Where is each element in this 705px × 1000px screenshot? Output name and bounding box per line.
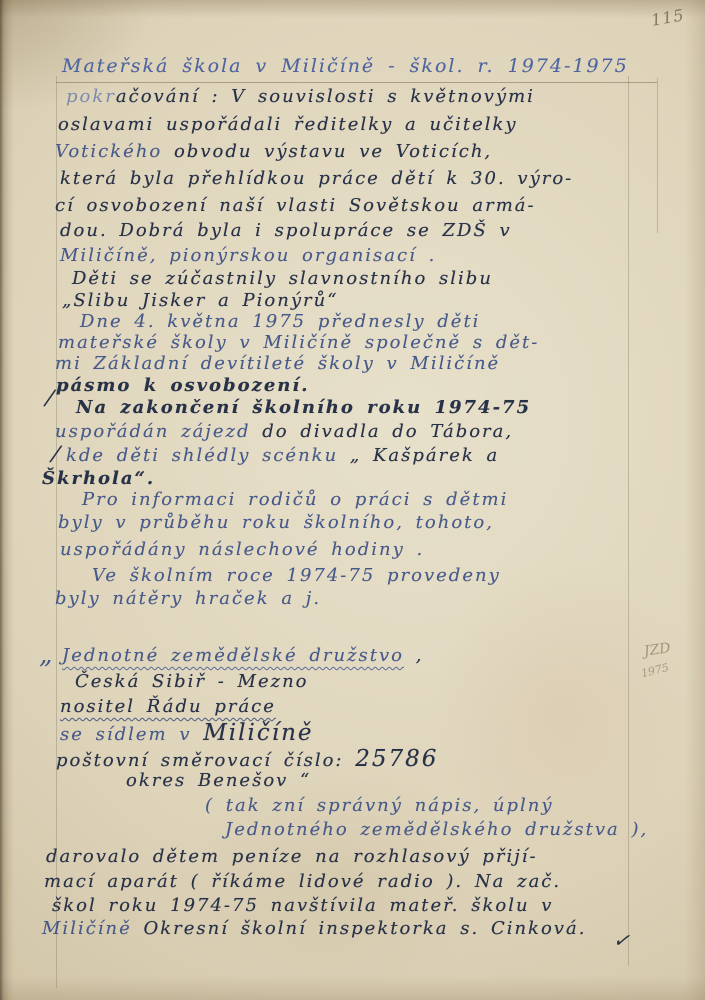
handwritten-line: mateřské školy v Miličíně společně s dět… [58,334,539,352]
handwritten-segment: Dne 4. května 1975 přednesly děti [80,311,480,332]
handwritten-segment: mateřské školy v Miličíně společně s dět… [58,332,539,353]
handwritten-segment: ačování : V souvislosti s květnovými [116,86,535,107]
handwritten-segment: mací aparát ( říkáme lidové radio ). Na … [44,871,561,892]
handwritten-line: oslavami uspořádali ředitelky a učitelky [58,116,518,134]
handwritten-line: Ve školním roce 1974-75 provedeny [92,567,501,585]
handwritten-line: Votického obvodu výstavu ve Voticích, [55,143,492,161]
handwritten-segment: do divadla do Tábora, [262,421,513,442]
pencil-rule-heading-underline [56,82,657,83]
handwritten-segment: ( tak zní správný nápis, úplný [205,795,554,816]
handwritten-segment: Votického [55,141,174,162]
handwritten-segment: 25786 [355,746,438,772]
handwritten-line: pásmo k osvobození. [56,377,310,395]
handwritten-segment: Škrhola“. [42,468,155,489]
handwritten-line: byly nátěry hraček a j. [55,590,321,608]
handwritten-line: Na zakončení školního roku 1974-75 [76,399,531,417]
handwritten-line: škol roku 1974-75 navštívila mateř. škol… [52,897,553,915]
handwritten-segment: pokr [66,86,116,107]
handwritten-segment: uspořádány náslechové hodiny . [60,539,424,560]
handwritten-line: uspořádány náslechové hodiny . [60,541,424,559]
paper-corner-shading [0,0,220,160]
handwritten-segment: se sídlem v [60,724,203,745]
handwritten-line: která byla přehlídkou práce dětí k 30. v… [60,170,573,188]
handwritten-line: ( tak zní správný nápis, úplný [205,797,554,815]
handwritten-line: kde děti shlédly scénku „ Kašpárek a [66,447,499,465]
handwritten-segment: pásmo k osvobození. [56,375,310,396]
handwritten-line: Dne 4. května 1975 přednesly děti [80,313,480,331]
handwritten-segment: která byla přehlídkou práce dětí k 30. v… [60,168,573,189]
handwritten-line: okres Benešov “ [126,772,311,790]
handwritten-segment: obvodu výstavu ve Voticích, [174,141,492,162]
handwritten-segment: oslavami uspořádali ředitelky a učitelky [58,114,518,135]
handwritten-line: Škrhola“. [42,470,155,488]
handwritten-segment: kde děti shlédly scénku [66,445,350,466]
pencil-corner-tick [657,78,658,233]
margin-slash-mark: / [50,442,61,468]
paper-edge-shadow-bottom [0,976,705,1000]
binding-edge-shadow [0,0,14,1000]
handwritten-line: mací aparát ( říkáme lidové radio ). Na … [44,873,561,891]
handwritten-line: pokračování : V souvislosti s květnovými [66,88,535,106]
handwritten-line: nositel Řádu práce [60,698,276,716]
handwritten-segment: poštovní směrovací číslo: [56,750,355,771]
handwritten-line: Česká Sibiř - Mezno [75,673,309,691]
handwritten-line: „Slibu Jisker a Pionýrů“ [62,292,338,310]
handwritten-line: Děti se zúčastnily slavnostního slibu [72,270,493,288]
handwritten-line: Miličíně Okresní školní inspektorka s. C… [42,920,586,938]
handwritten-line: poštovní směrovací číslo: 25786 [56,748,438,771]
page-number: 115 [650,5,686,30]
margin-slash-mark: / [44,386,55,412]
handwritten-line: dou. Dobrá byla i spolupráce se ZDŠ v [60,222,512,240]
handwritten-line: uspořádán zájezd do divadla do Tábora, [55,423,513,441]
handwritten-segment: škol roku 1974-75 navštívila mateř. škol… [52,895,553,916]
opening-quote-mark: „ [39,640,52,670]
handwritten-segment: mi Základní devítileté školy v Miličíně [55,353,500,374]
handwritten-segment: „Slibu Jisker a Pionýrů“ [62,290,338,311]
handwritten-segment: Jednotné zemědělské družstvo [62,645,404,666]
paper-edge-shadow-top [0,0,705,18]
handwritten-segment: Jednotného zemědělského družstva ), [225,819,648,840]
handwritten-segment: uspořádán zájezd [55,421,262,442]
handwritten-segment: Miličíně [42,918,144,939]
handwritten-line: se sídlem v Miličíně [60,722,314,745]
handwritten-segment: byly nátěry hraček a j. [55,588,321,609]
handwritten-line: darovalo dětem peníze na rozhlasový přij… [46,848,538,866]
handwritten-line: Pro informaci rodičů o práci s dětmi [82,491,508,509]
handwritten-segment: Pro informaci rodičů o práci s dětmi [82,489,508,510]
handwritten-segment: Česká Sibiř - Mezno [75,671,309,692]
handwritten-segment: Děti se zúčastnily slavnostního slibu [72,268,493,289]
paper-edge-shadow-right [685,0,705,1000]
handwritten-segment: Ve školním roce 1974-75 provedeny [92,565,501,586]
checkmark: ✓ [612,927,631,953]
handwritten-segment: Okresní školní inspektorka s. Cinková. [144,918,587,939]
handwritten-segment: darovalo dětem peníze na rozhlasový přij… [46,846,538,867]
page-heading: Mateřská škola v Miličíně - škol. r. 197… [62,55,629,77]
handwritten-segment: dou. Dobrá byla i spolupráce se ZDŠ v [60,220,512,241]
handwritten-line: Jednotné zemědělské družstvo , [62,647,423,665]
handwritten-line: Miličíně, pionýrskou organisací . [60,247,436,265]
handwritten-segment: byly v průběhu roku školního, tohoto, [58,512,494,533]
margin-note-initials: JZD [643,640,672,660]
handwritten-segment: „ Kašpárek a [350,445,499,466]
handwritten-line: mi Základní devítileté školy v Miličíně [55,355,500,373]
handwritten-segment: Na zakončení školního roku 1974-75 [76,397,531,418]
handwritten-segment: Miličíně [203,720,313,746]
handwritten-segment: cí osvobození naší vlasti Sovětskou armá… [55,195,536,216]
handwritten-line: cí osvobození naší vlasti Sovětskou armá… [55,197,536,215]
handwritten-segment: nositel Řádu práce [60,696,276,717]
handwritten-line: byly v průběhu roku školního, tohoto, [58,514,494,532]
margin-note-year: 1975 [640,661,670,680]
handwritten-line: Jednotného zemědělského družstva ), [225,821,648,839]
handwritten-segment: , [404,645,423,666]
handwritten-segment: Miličíně, pionýrskou organisací . [60,245,436,266]
chronicle-page: 115 JZD 1975 Mateřská škola v Miličíně -… [0,0,705,1000]
handwritten-segment: okres Benešov “ [126,770,311,791]
